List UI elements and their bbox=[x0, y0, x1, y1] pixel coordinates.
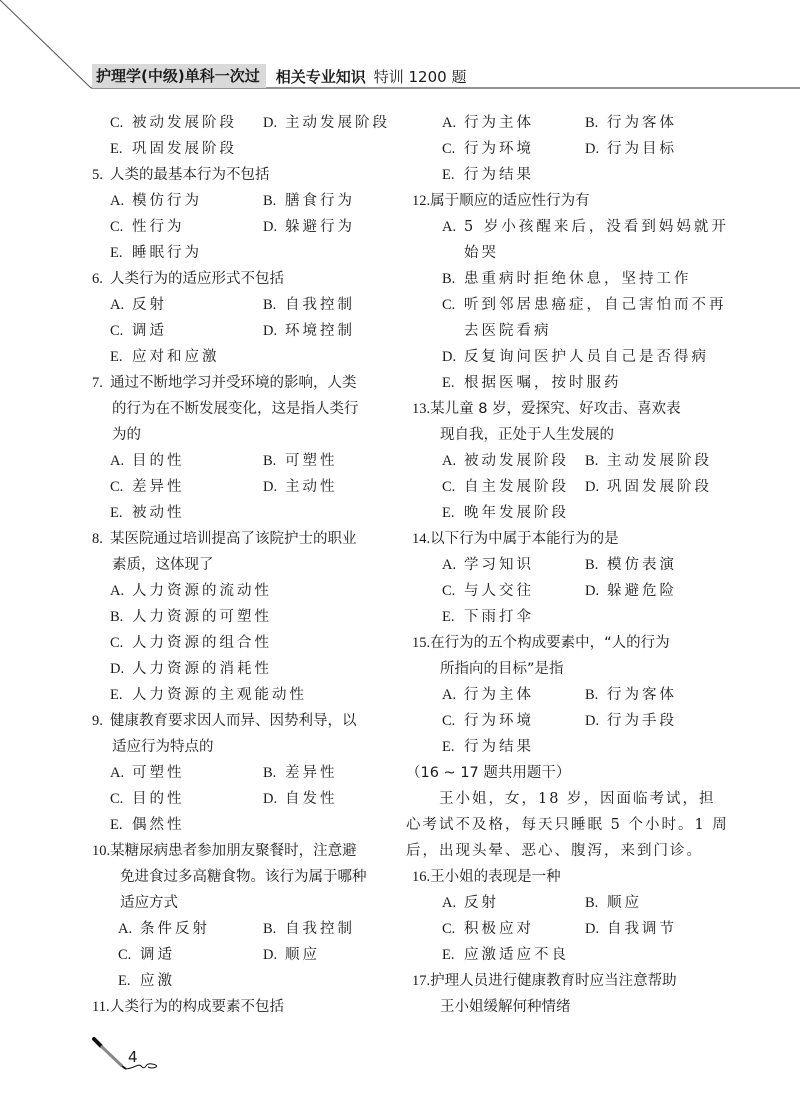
option-text: 下雨打伞 bbox=[464, 609, 534, 625]
answer-option: D.自发性 bbox=[263, 786, 338, 812]
question-number: 8. bbox=[92, 526, 110, 552]
option-continued: 去医院看病 bbox=[412, 318, 722, 344]
option-text: 自发性 bbox=[285, 791, 338, 807]
option-label: B. bbox=[585, 448, 607, 474]
question-number: 11. bbox=[92, 994, 110, 1020]
option-label: B. bbox=[263, 188, 285, 214]
option-label: E. bbox=[118, 968, 140, 994]
left-column: C.被动发展阶段D.主动发展阶段E.巩固发展阶段5.人类的最基本行为不包括A.模… bbox=[92, 110, 402, 1020]
option-label: C. bbox=[442, 474, 464, 500]
answer-option: D.环境控制 bbox=[263, 318, 355, 344]
question-line-continued: 免进食过多高糖食物。该行为属于哪种 bbox=[92, 864, 402, 890]
option-text: 去医院看病 bbox=[464, 318, 552, 344]
option-text: 人力资源的主观能动性 bbox=[132, 687, 307, 703]
option-label: B. bbox=[110, 604, 132, 630]
option-label: C. bbox=[442, 916, 464, 942]
answer-option: B.模仿表演 bbox=[585, 552, 677, 578]
question-line: 5.人类的最基本行为不包括 bbox=[92, 162, 402, 188]
options-row: C.调适D.顺应 bbox=[92, 942, 402, 968]
option-label: E. bbox=[442, 370, 464, 396]
option-text: 人力资源的流动性 bbox=[132, 583, 272, 599]
answer-option: A.5 岁小孩醒来后，没看到妈妈就开 bbox=[442, 214, 729, 240]
option-text: 模仿表演 bbox=[607, 557, 677, 573]
question-text: 免进食过多高糖食物。该行为属于哪种 bbox=[92, 869, 367, 885]
option-text: 积极应对 bbox=[464, 921, 534, 937]
option-label: E. bbox=[442, 942, 464, 968]
options-row: A.目的性B.可塑性 bbox=[92, 448, 402, 474]
answer-option: E.下雨打伞 bbox=[442, 604, 534, 630]
option-text: 可塑性 bbox=[285, 453, 338, 469]
option-text: 与人交往 bbox=[464, 583, 534, 599]
question-text: 所指向的目标”是指 bbox=[412, 661, 564, 677]
option-text: 晚年发展阶段 bbox=[464, 505, 569, 521]
answer-option: E.睡眠行为 bbox=[110, 240, 202, 266]
option-label: B. bbox=[585, 890, 607, 916]
options-row: C.被动发展阶段D.主动发展阶段 bbox=[92, 110, 402, 136]
option-text: 巩固发展阶段 bbox=[607, 479, 712, 495]
question-line: 9.健康教育要求因人而异、因势利导，以 bbox=[92, 708, 402, 734]
options-row: E.根据医嘱，按时服药 bbox=[412, 370, 722, 396]
question-number: 12. bbox=[412, 188, 430, 214]
question-number: 16. bbox=[412, 864, 430, 890]
question-line-continued: 为的 bbox=[92, 422, 402, 448]
question-line-continued: 所指向的目标”是指 bbox=[412, 656, 722, 682]
options-row: E.睡眠行为 bbox=[92, 240, 402, 266]
answer-option: E.根据医嘱，按时服药 bbox=[442, 370, 622, 396]
question-number: 15. bbox=[412, 630, 430, 656]
question-text: 的行为在不断发展变化，这是指人类行 bbox=[92, 401, 359, 417]
option-label: B. bbox=[585, 682, 607, 708]
question-line: 13.某儿童 8 岁，爱探究、好攻击、喜欢表 bbox=[412, 396, 722, 422]
option-text: 睡眠行为 bbox=[132, 245, 202, 261]
options-row: A.5 岁小孩醒来后，没看到妈妈就开 bbox=[412, 214, 722, 240]
answer-option: C.行为环境 bbox=[442, 708, 534, 734]
option-label: D. bbox=[585, 708, 607, 734]
answer-option: A.反射 bbox=[110, 292, 167, 318]
question-line-continued: 王小姐缓解何种情绪 bbox=[412, 994, 722, 1020]
options-row: E.巩固发展阶段 bbox=[92, 136, 402, 162]
option-label: E. bbox=[442, 162, 464, 188]
question-line: 12.属于顺应的适应性行为有 bbox=[412, 188, 722, 214]
answer-option: B.行为客体 bbox=[585, 110, 677, 136]
question-text: 素质，这体现了 bbox=[92, 557, 214, 573]
option-text: 行为手段 bbox=[607, 713, 677, 729]
answer-option: E.偶然性 bbox=[110, 812, 185, 838]
answer-option: B.自我控制 bbox=[263, 916, 355, 942]
options-row: E.下雨打伞 bbox=[412, 604, 722, 630]
option-label: A. bbox=[442, 552, 464, 578]
answer-option: C.行为环境 bbox=[442, 136, 534, 162]
option-text: 自我控制 bbox=[285, 297, 355, 313]
shared-stem-text: 心考试不及格，每天只睡眠 5 个小时。1 周 bbox=[406, 812, 722, 838]
answer-option: B.差异性 bbox=[263, 760, 338, 786]
question-number: 7. bbox=[92, 370, 110, 396]
option-label: A. bbox=[118, 916, 140, 942]
option-label: A. bbox=[442, 448, 464, 474]
option-text: 反射 bbox=[132, 297, 167, 313]
answer-option: C.听到邻居患癌症，自己害怕而不再 bbox=[442, 292, 727, 318]
option-label: D. bbox=[585, 916, 607, 942]
options-row: E.应激 bbox=[92, 968, 402, 994]
option-text: 行为目标 bbox=[607, 141, 677, 157]
question-line: 14.以下行为中属于本能行为的是 bbox=[412, 526, 722, 552]
option-text: 差异性 bbox=[132, 479, 185, 495]
option-label: C. bbox=[442, 578, 464, 604]
running-header: 护理学(中级)单科一次过 相关专业知识 特训 1200 题 bbox=[92, 65, 466, 87]
question-text: 属于顺应的适应性行为有 bbox=[430, 193, 590, 209]
option-label: C. bbox=[110, 474, 132, 500]
answer-option: D.躲避危险 bbox=[585, 578, 677, 604]
question-number: 9. bbox=[92, 708, 110, 734]
question-line: 8.某医院通过培训提高了该院护士的职业 bbox=[92, 526, 402, 552]
question-line: 11.人类行为的构成要素不包括 bbox=[92, 994, 402, 1020]
option-text: 行为结果 bbox=[464, 167, 534, 183]
option-label: E. bbox=[442, 500, 464, 526]
answer-option: D.躲避行为 bbox=[263, 214, 355, 240]
question-line-continued: 的行为在不断发展变化，这是指人类行 bbox=[92, 396, 402, 422]
option-text: 躲避危险 bbox=[607, 583, 677, 599]
option-text: 主动性 bbox=[285, 479, 338, 495]
question-text: 人类的最基本行为不包括 bbox=[110, 167, 270, 183]
question-line: 16.王小姐的表现是一种 bbox=[412, 864, 722, 890]
answer-option: B.主动发展阶段 bbox=[585, 448, 712, 474]
option-label: C. bbox=[110, 786, 132, 812]
options-row: E.偶然性 bbox=[92, 812, 402, 838]
option-label: D. bbox=[263, 786, 285, 812]
option-label: C. bbox=[110, 214, 132, 240]
option-label: B. bbox=[585, 552, 607, 578]
option-text: 学习知识 bbox=[464, 557, 534, 573]
question-line: 17.护理人员进行健康教育时应当注意帮助 bbox=[412, 968, 722, 994]
option-label: D. bbox=[263, 214, 285, 240]
answer-option: E.应对和应激 bbox=[110, 344, 220, 370]
options-row: A.人力资源的流动性 bbox=[92, 578, 402, 604]
option-text: 行为环境 bbox=[464, 713, 534, 729]
answer-option: C.调适 bbox=[110, 318, 167, 344]
option-label: E. bbox=[110, 500, 132, 526]
shared-stem-text: 王小姐，女，18 岁，因面临考试，担 bbox=[406, 786, 722, 812]
answer-option: D.行为目标 bbox=[585, 136, 677, 162]
options-row: E.晚年发展阶段 bbox=[412, 500, 722, 526]
option-label: D. bbox=[263, 942, 285, 968]
option-text: 被动发展阶段 bbox=[132, 115, 237, 131]
answer-option: C.与人交往 bbox=[442, 578, 534, 604]
answer-option: A.可塑性 bbox=[110, 760, 185, 786]
options-row: C.行为环境D.行为目标 bbox=[412, 136, 722, 162]
question-text: 通过不断地学习并受环境的影响，人类 bbox=[110, 375, 357, 391]
option-label: C. bbox=[110, 110, 132, 136]
options-row: A.模仿行为B.膳食行为 bbox=[92, 188, 402, 214]
answer-option: B.顺应 bbox=[585, 890, 642, 916]
answer-option: B.患重病时拒绝休息，坚持工作 bbox=[442, 266, 692, 292]
option-text: 目的性 bbox=[132, 791, 185, 807]
option-text: 模仿行为 bbox=[132, 193, 202, 209]
question-text: 人类行为的适应形式不包括 bbox=[110, 271, 284, 287]
answer-option: D.主动性 bbox=[263, 474, 338, 500]
answer-option: B.可塑性 bbox=[263, 448, 338, 474]
option-text: 人力资源的消耗性 bbox=[132, 661, 272, 677]
option-label: A. bbox=[110, 188, 132, 214]
answer-option: E.人力资源的主观能动性 bbox=[110, 682, 307, 708]
option-text: 躲避行为 bbox=[285, 219, 355, 235]
question-line: 15.在行为的五个构成要素中，“人的行为 bbox=[412, 630, 722, 656]
option-label: A. bbox=[110, 448, 132, 474]
option-text: 反复询问医护人员自己是否得病 bbox=[464, 349, 709, 365]
option-label: A. bbox=[442, 682, 464, 708]
option-label: C. bbox=[110, 318, 132, 344]
answer-option: E.应激适应不良 bbox=[442, 942, 569, 968]
options-row: A.反射B.顺应 bbox=[412, 890, 722, 916]
option-label: C. bbox=[442, 136, 464, 162]
question-text: 现自我，正处于人生发展的 bbox=[412, 427, 614, 443]
question-text: 王小姐缓解何种情绪 bbox=[412, 999, 571, 1015]
option-text: 主动发展阶段 bbox=[607, 453, 712, 469]
options-row: A.可塑性B.差异性 bbox=[92, 760, 402, 786]
option-text: 自我调节 bbox=[607, 921, 677, 937]
answer-option: B.行为客体 bbox=[585, 682, 677, 708]
option-text: 自我控制 bbox=[285, 921, 355, 937]
question-text: 某糖尿病患者参加朋友聚餐时，注意避 bbox=[110, 843, 357, 859]
answer-option: A.行为主体 bbox=[442, 110, 534, 136]
option-text: 反射 bbox=[464, 895, 499, 911]
answer-option: C.目的性 bbox=[110, 786, 185, 812]
option-label: C. bbox=[442, 708, 464, 734]
answer-option: C.调适 bbox=[118, 942, 175, 968]
question-line: 10.某糖尿病患者参加朋友聚餐时，注意避 bbox=[92, 838, 402, 864]
question-number: 14. bbox=[412, 526, 430, 552]
answer-option: C.人力资源的组合性 bbox=[110, 630, 272, 656]
option-text: 行为环境 bbox=[464, 141, 534, 157]
subject-title: 相关专业知识 bbox=[276, 66, 366, 87]
answer-option: C.积极应对 bbox=[442, 916, 534, 942]
options-row: C.人力资源的组合性 bbox=[92, 630, 402, 656]
option-text: 行为主体 bbox=[464, 687, 534, 703]
options-row: D.反复询问医护人员自己是否得病 bbox=[412, 344, 722, 370]
question-number: 6. bbox=[92, 266, 110, 292]
question-text: 以下行为中属于本能行为的是 bbox=[430, 531, 619, 547]
option-label: D. bbox=[442, 344, 464, 370]
question-text: 在行为的五个构成要素中，“人的行为 bbox=[430, 635, 670, 651]
options-row: A.被动发展阶段B.主动发展阶段 bbox=[412, 448, 722, 474]
option-text: 人力资源的可塑性 bbox=[132, 609, 272, 625]
question-number: 13. bbox=[412, 396, 430, 422]
option-label: B. bbox=[263, 448, 285, 474]
question-text: 王小姐的表现是一种 bbox=[430, 869, 561, 885]
option-text: 被动发展阶段 bbox=[464, 453, 569, 469]
option-text: 5 岁小孩醒来后，没看到妈妈就开 bbox=[464, 219, 729, 235]
answer-option: E.行为结果 bbox=[442, 162, 534, 188]
question-line-continued: 适应方式 bbox=[92, 890, 402, 916]
options-row: A.条件反射B.自我控制 bbox=[92, 916, 402, 942]
option-label: A. bbox=[442, 110, 464, 136]
option-continued: 始哭 bbox=[412, 240, 722, 266]
option-label: D. bbox=[110, 656, 132, 682]
answer-option: D.行为手段 bbox=[585, 708, 677, 734]
option-text: 调适 bbox=[132, 323, 167, 339]
option-text: 偶然性 bbox=[132, 817, 185, 833]
option-text: 顺应 bbox=[285, 947, 320, 963]
options-row: B.患重病时拒绝休息，坚持工作 bbox=[412, 266, 722, 292]
option-label: D. bbox=[263, 474, 285, 500]
options-row: A.行为主体B.行为客体 bbox=[412, 682, 722, 708]
question-number: 5. bbox=[92, 162, 110, 188]
option-label: D. bbox=[585, 578, 607, 604]
option-label: A. bbox=[110, 292, 132, 318]
option-text: 调适 bbox=[140, 947, 175, 963]
answer-option: D.人力资源的消耗性 bbox=[110, 656, 272, 682]
option-text: 始哭 bbox=[464, 240, 499, 266]
options-row: E.应对和应激 bbox=[92, 344, 402, 370]
options-row: A.学习知识B.模仿表演 bbox=[412, 552, 722, 578]
option-text: 应激适应不良 bbox=[464, 947, 569, 963]
option-text: 听到邻居患癌症，自己害怕而不再 bbox=[464, 297, 727, 313]
option-text: 顺应 bbox=[607, 895, 642, 911]
option-text: 患重病时拒绝休息，坚持工作 bbox=[464, 271, 692, 287]
question-text: 健康教育要求因人而异、因势利导，以 bbox=[110, 713, 357, 729]
option-label: C. bbox=[118, 942, 140, 968]
options-row: C.行为环境D.行为手段 bbox=[412, 708, 722, 734]
option-label: B. bbox=[263, 292, 285, 318]
options-row: C.听到邻居患癌症，自己害怕而不再 bbox=[412, 292, 722, 318]
options-row: C.自主发展阶段D.巩固发展阶段 bbox=[412, 474, 722, 500]
options-row: E.应激适应不良 bbox=[412, 942, 722, 968]
answer-option: B.人力资源的可塑性 bbox=[110, 604, 272, 630]
option-label: A. bbox=[110, 578, 132, 604]
option-label: A. bbox=[442, 214, 464, 240]
option-label: E. bbox=[110, 136, 132, 162]
option-label: E. bbox=[110, 240, 132, 266]
option-label: E. bbox=[110, 812, 132, 838]
answer-option: E.巩固发展阶段 bbox=[110, 136, 237, 162]
options-row: E.行为结果 bbox=[412, 734, 722, 760]
answer-option: A.条件反射 bbox=[118, 916, 210, 942]
shared-stem-text: 后，出现头晕、恶心、腹泻，来到门诊。 bbox=[406, 838, 722, 864]
answer-option: B.自我控制 bbox=[263, 292, 355, 318]
options-row: E.被动性 bbox=[92, 500, 402, 526]
options-row: B.人力资源的可塑性 bbox=[92, 604, 402, 630]
options-row: C.目的性D.自发性 bbox=[92, 786, 402, 812]
question-text: 适应方式 bbox=[92, 895, 178, 911]
options-row: E.人力资源的主观能动性 bbox=[92, 682, 402, 708]
options-row: E.行为结果 bbox=[412, 162, 722, 188]
option-label: D. bbox=[585, 136, 607, 162]
option-label: A. bbox=[110, 760, 132, 786]
option-label: A. bbox=[442, 890, 464, 916]
options-row: D.人力资源的消耗性 bbox=[92, 656, 402, 682]
answer-option: E.行为结果 bbox=[442, 734, 534, 760]
right-column: A.行为主体B.行为客体C.行为环境D.行为目标E.行为结果12.属于顺应的适应… bbox=[412, 110, 722, 1020]
question-number: 10. bbox=[92, 838, 110, 864]
option-text: 主动发展阶段 bbox=[285, 115, 390, 131]
option-label: E. bbox=[110, 344, 132, 370]
option-label: B. bbox=[263, 760, 285, 786]
options-row: C.差异性D.主动性 bbox=[92, 474, 402, 500]
option-label: C. bbox=[442, 292, 464, 318]
question-line: 6.人类行为的适应形式不包括 bbox=[92, 266, 402, 292]
answer-option: D.巩固发展阶段 bbox=[585, 474, 712, 500]
option-label: E. bbox=[442, 734, 464, 760]
answer-option: C.自主发展阶段 bbox=[442, 474, 569, 500]
option-text: 应激 bbox=[140, 973, 175, 989]
options-row: A.行为主体B.行为客体 bbox=[412, 110, 722, 136]
question-text: 护理人员进行健康教育时应当注意帮助 bbox=[430, 973, 677, 989]
book-title: 护理学(中级)单科一次过 bbox=[92, 64, 266, 88]
series-title: 特训 1200 题 bbox=[374, 66, 467, 87]
answer-option: A.被动发展阶段 bbox=[442, 448, 569, 474]
answer-option: D.主动发展阶段 bbox=[263, 110, 390, 136]
question-line: 7.通过不断地学习并受环境的影响，人类 bbox=[92, 370, 402, 396]
option-text: 根据医嘱，按时服药 bbox=[464, 375, 622, 391]
answer-option: A.人力资源的流动性 bbox=[110, 578, 272, 604]
option-text: 行为客体 bbox=[607, 115, 677, 131]
question-line-continued: 适应行为特点的 bbox=[92, 734, 402, 760]
option-text: 性行为 bbox=[132, 219, 185, 235]
options-row: C.积极应对D.自我调节 bbox=[412, 916, 722, 942]
answer-option: A.行为主体 bbox=[442, 682, 534, 708]
option-text: 自主发展阶段 bbox=[464, 479, 569, 495]
question-text: 人类行为的构成要素不包括 bbox=[110, 999, 284, 1015]
page-number: 4 bbox=[128, 1048, 138, 1066]
options-row: A.反射B.自我控制 bbox=[92, 292, 402, 318]
option-text: 巩固发展阶段 bbox=[132, 141, 237, 157]
question-number: 17. bbox=[412, 968, 430, 994]
question-text: 为的 bbox=[92, 427, 141, 443]
answer-option: D.反复询问医护人员自己是否得病 bbox=[442, 344, 709, 370]
option-text: 行为结果 bbox=[464, 739, 534, 755]
option-label: C. bbox=[110, 630, 132, 656]
option-text: 目的性 bbox=[132, 453, 185, 469]
option-text: 被动性 bbox=[132, 505, 185, 521]
answer-option: D.顺应 bbox=[263, 942, 320, 968]
answer-option: C.差异性 bbox=[110, 474, 185, 500]
options-row: C.性行为D.躲避行为 bbox=[92, 214, 402, 240]
option-label: D. bbox=[263, 318, 285, 344]
option-label: E. bbox=[110, 682, 132, 708]
answer-option: A.模仿行为 bbox=[110, 188, 202, 214]
question-line-continued: 现自我，正处于人生发展的 bbox=[412, 422, 722, 448]
option-text: 可塑性 bbox=[132, 765, 185, 781]
answer-option: A.目的性 bbox=[110, 448, 185, 474]
question-text: 某儿童 8 岁，爱探究、好攻击、喜欢表 bbox=[430, 401, 680, 417]
options-row: C.调适D.环境控制 bbox=[92, 318, 402, 344]
answer-option: A.学习知识 bbox=[442, 552, 534, 578]
answer-option: C.被动发展阶段 bbox=[110, 110, 237, 136]
option-text: 人力资源的组合性 bbox=[132, 635, 272, 651]
option-label: B. bbox=[263, 916, 285, 942]
option-text: 膳食行为 bbox=[285, 193, 355, 209]
answer-option: C.性行为 bbox=[110, 214, 185, 240]
answer-option: E.晚年发展阶段 bbox=[442, 500, 569, 526]
question-text: 适应行为特点的 bbox=[92, 739, 214, 755]
shared-stem-header: （16 ~ 17 题共用题干） bbox=[406, 760, 722, 786]
answer-option: D.自我调节 bbox=[585, 916, 677, 942]
answer-option: E.应激 bbox=[118, 968, 175, 994]
answer-option: A.反射 bbox=[442, 890, 499, 916]
option-label: B. bbox=[442, 266, 464, 292]
answer-option: B.膳食行为 bbox=[263, 188, 355, 214]
option-label: B. bbox=[585, 110, 607, 136]
options-row: C.与人交往D.躲避危险 bbox=[412, 578, 722, 604]
option-label: D. bbox=[585, 474, 607, 500]
question-text: 某医院通过培训提高了该院护士的职业 bbox=[110, 531, 357, 547]
option-text: 行为主体 bbox=[464, 115, 534, 131]
option-label: E. bbox=[442, 604, 464, 630]
question-line-continued: 素质，这体现了 bbox=[92, 552, 402, 578]
option-label: D. bbox=[263, 110, 285, 136]
option-text: 应对和应激 bbox=[132, 349, 220, 365]
option-text: 条件反射 bbox=[140, 921, 210, 937]
option-text: 差异性 bbox=[285, 765, 338, 781]
